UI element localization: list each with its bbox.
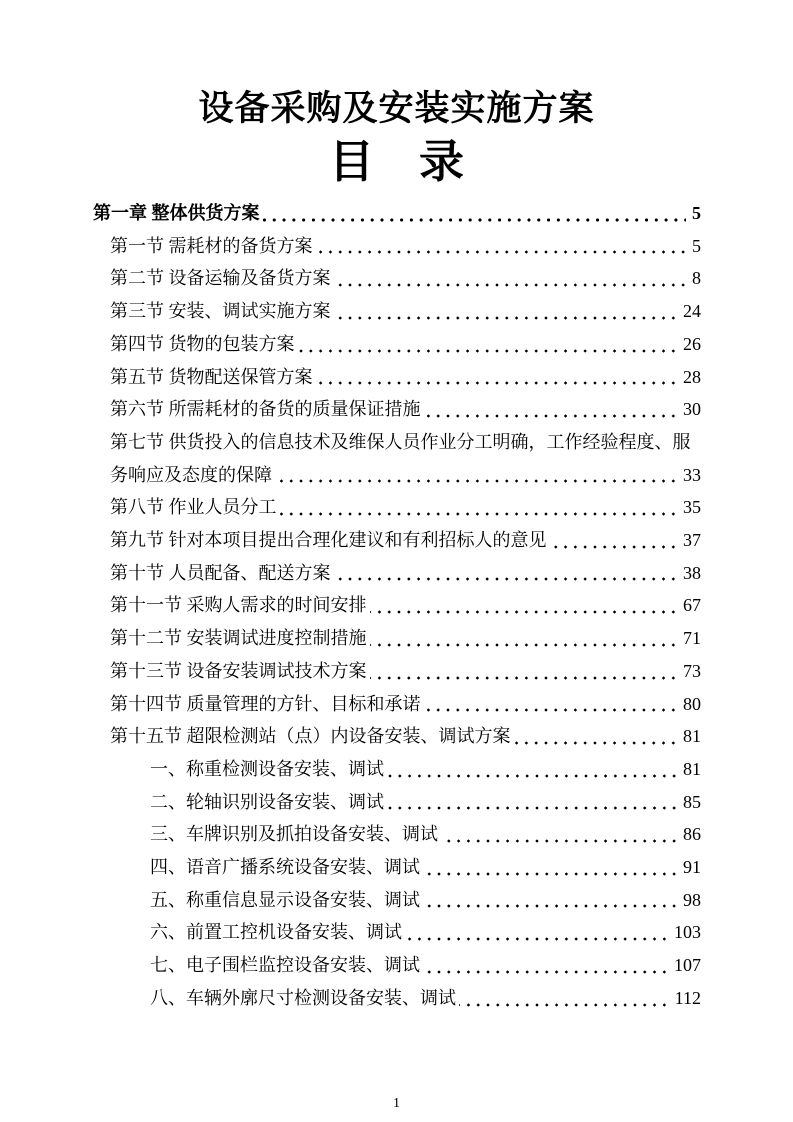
toc-entry-label: 七、电子围栏监控设备安装、调试 (150, 955, 423, 975)
toc-entry-page: 80 (677, 688, 701, 721)
toc-entry: 第四节 货物的包装方案26 (110, 328, 701, 361)
toc-entry-page: 85 (677, 786, 701, 819)
document-page: 设备采购及安装实施方案 目 录 第一章 整体供货方案5第一节 需耗材的备货方案5… (0, 0, 793, 1122)
toc-entry-page: 5 (686, 230, 701, 263)
toc-entry: 第一节 需耗材的备货方案5 (110, 230, 701, 263)
toc-entry-page: 73 (677, 655, 701, 688)
toc-entry-page: 26 (677, 328, 701, 361)
toc-entry: 第五节 货物配送保管方案28 (110, 361, 701, 394)
toc-entry: 六、前置工控机设备安装、调试103 (150, 916, 701, 949)
toc-entry-page: 8 (686, 262, 701, 295)
toc-entry: 第八节 作业人员分工35 (110, 491, 701, 524)
toc-entry-page: 107 (668, 949, 701, 982)
toc-entry-label: 第一节 需耗材的备货方案 (110, 236, 316, 256)
toc-entry-page: 81 (677, 720, 701, 753)
toc-entry-page: 98 (677, 884, 701, 917)
toc-entry-page: 28 (677, 361, 701, 394)
toc-entry-page: 5 (686, 197, 701, 230)
toc-entry-label: 第十五节 超限检测站（点）内设备安装、调试方案 (110, 726, 514, 746)
toc-entry-page: 24 (677, 295, 701, 328)
toc-entry: 一、称重检测设备安装、调试81 (150, 753, 701, 786)
toc-entry: 三、车牌识别及抓拍设备安装、调试86 (150, 818, 701, 851)
toc-entry-page: 81 (677, 753, 701, 786)
toc-entry-label: 第五节 货物配送保管方案 (110, 367, 316, 387)
toc-entry-page: 71 (677, 622, 701, 655)
toc-entry-label: 第八节 作业人员分工 (110, 497, 280, 517)
toc-entry-page: 103 (668, 916, 701, 949)
toc-entry-page: 86 (677, 818, 701, 851)
toc-entry-label: 第十一节 采购人需求的时间安排 (110, 595, 370, 615)
toc-entry: 八、车辆外廓尺寸检测设备安装、调试112 (150, 982, 701, 1015)
toc-entry: 七、电子围栏监控设备安装、调试107 (150, 949, 701, 982)
toc-entry-page: 38 (677, 557, 701, 590)
toc-entry-label: 三、车牌识别及抓拍设备安装、调试 (150, 824, 441, 844)
toc-entry: 第九节 针对本项目提出合理化建议和有利招标人的意见37 (110, 524, 701, 557)
toc-entry: 第十四节 质量管理的方针、目标和承诺80 (110, 688, 701, 721)
toc-list: 第一章 整体供货方案5第一节 需耗材的备货方案5第二节 设备运输及备货方案8第三… (93, 197, 701, 1015)
toc-entry-label: 第四节 货物的包装方案 (110, 334, 298, 354)
toc-entry: 第三节 安装、调试实施方案24 (110, 295, 701, 328)
toc-entry-label: 四、语音广播系统设备安装、调试 (150, 857, 423, 877)
toc-entry: 第十节 人员配备、配送方案38 (110, 557, 701, 590)
toc-entry: 第六节 所需耗材的备货的质量保证措施30 (110, 393, 701, 426)
toc-entry-label: 第一章 整体供货方案 (93, 203, 263, 223)
toc-entry: 第十三节 设备安装调试技术方案73 (110, 655, 701, 688)
toc-title: 目 录 (0, 134, 793, 190)
footer-page-number: 1 (0, 1096, 793, 1112)
toc-entry-label: 第九节 针对本项目提出合理化建议和有利招标人的意见 (110, 530, 550, 550)
toc-entry-page: 37 (677, 524, 701, 557)
toc-entry-label: 二、轮轴识别设备安装、调试 (150, 792, 387, 812)
toc-entry-label: 第二节 设备运输及备货方案 (110, 268, 334, 288)
toc-entry-label: 第十二节 安装调试进度控制措施 (110, 628, 370, 648)
toc-entry-label: 第三节 安装、调试实施方案 (110, 301, 334, 321)
toc-entry-label: 第十三节 设备安装调试技术方案 (110, 661, 370, 681)
toc-entry-label: 第十节 人员配备、配送方案 (110, 563, 334, 583)
toc-entry-page: 67 (677, 589, 701, 622)
toc-entry: 第十五节 超限检测站（点）内设备安装、调试方案81 (110, 720, 701, 753)
document-title: 设备采购及安装实施方案 (0, 86, 793, 132)
toc-entry-page: 35 (677, 491, 701, 524)
toc-entry: 二、轮轴识别设备安装、调试85 (150, 786, 701, 819)
toc-entry-label: 五、称重信息显示设备安装、调试 (150, 890, 423, 910)
toc-entry-page: 30 (677, 393, 701, 426)
toc-entry-label: 一、称重检测设备安装、调试 (150, 759, 387, 779)
toc-entry-label: 八、车辆外廓尺寸检测设备安装、调试 (150, 988, 459, 1008)
toc-entry-label: 第七节 供货投入的信息技术及维保人员作业分工明确，工作经验程度、服务响应及态度的… (110, 432, 691, 485)
toc-entry: 第二节 设备运输及备货方案8 (110, 262, 701, 295)
toc-entry-label: 第十四节 质量管理的方针、目标和承诺 (110, 694, 424, 714)
toc-entry: 四、语音广播系统设备安装、调试91 (150, 851, 701, 884)
toc-entry: 第一章 整体供货方案5 (93, 197, 701, 230)
toc-entry: 第十二节 安装调试进度控制措施71 (110, 622, 701, 655)
toc-entry-page: 33 (677, 459, 701, 492)
toc-entry: 五、称重信息显示设备安装、调试98 (150, 884, 701, 917)
toc-entry-label: 第六节 所需耗材的备货的质量保证措施 (110, 399, 424, 419)
toc-entry: 第十一节 采购人需求的时间安排67 (110, 589, 701, 622)
toc-entry: 第七节 供货投入的信息技术及维保人员作业分工明确，工作经验程度、服务响应及态度的… (110, 426, 701, 491)
toc-entry-label: 六、前置工控机设备安装、调试 (150, 922, 405, 942)
toc-entry-page: 91 (677, 851, 701, 884)
toc-entry-page: 112 (669, 982, 701, 1015)
